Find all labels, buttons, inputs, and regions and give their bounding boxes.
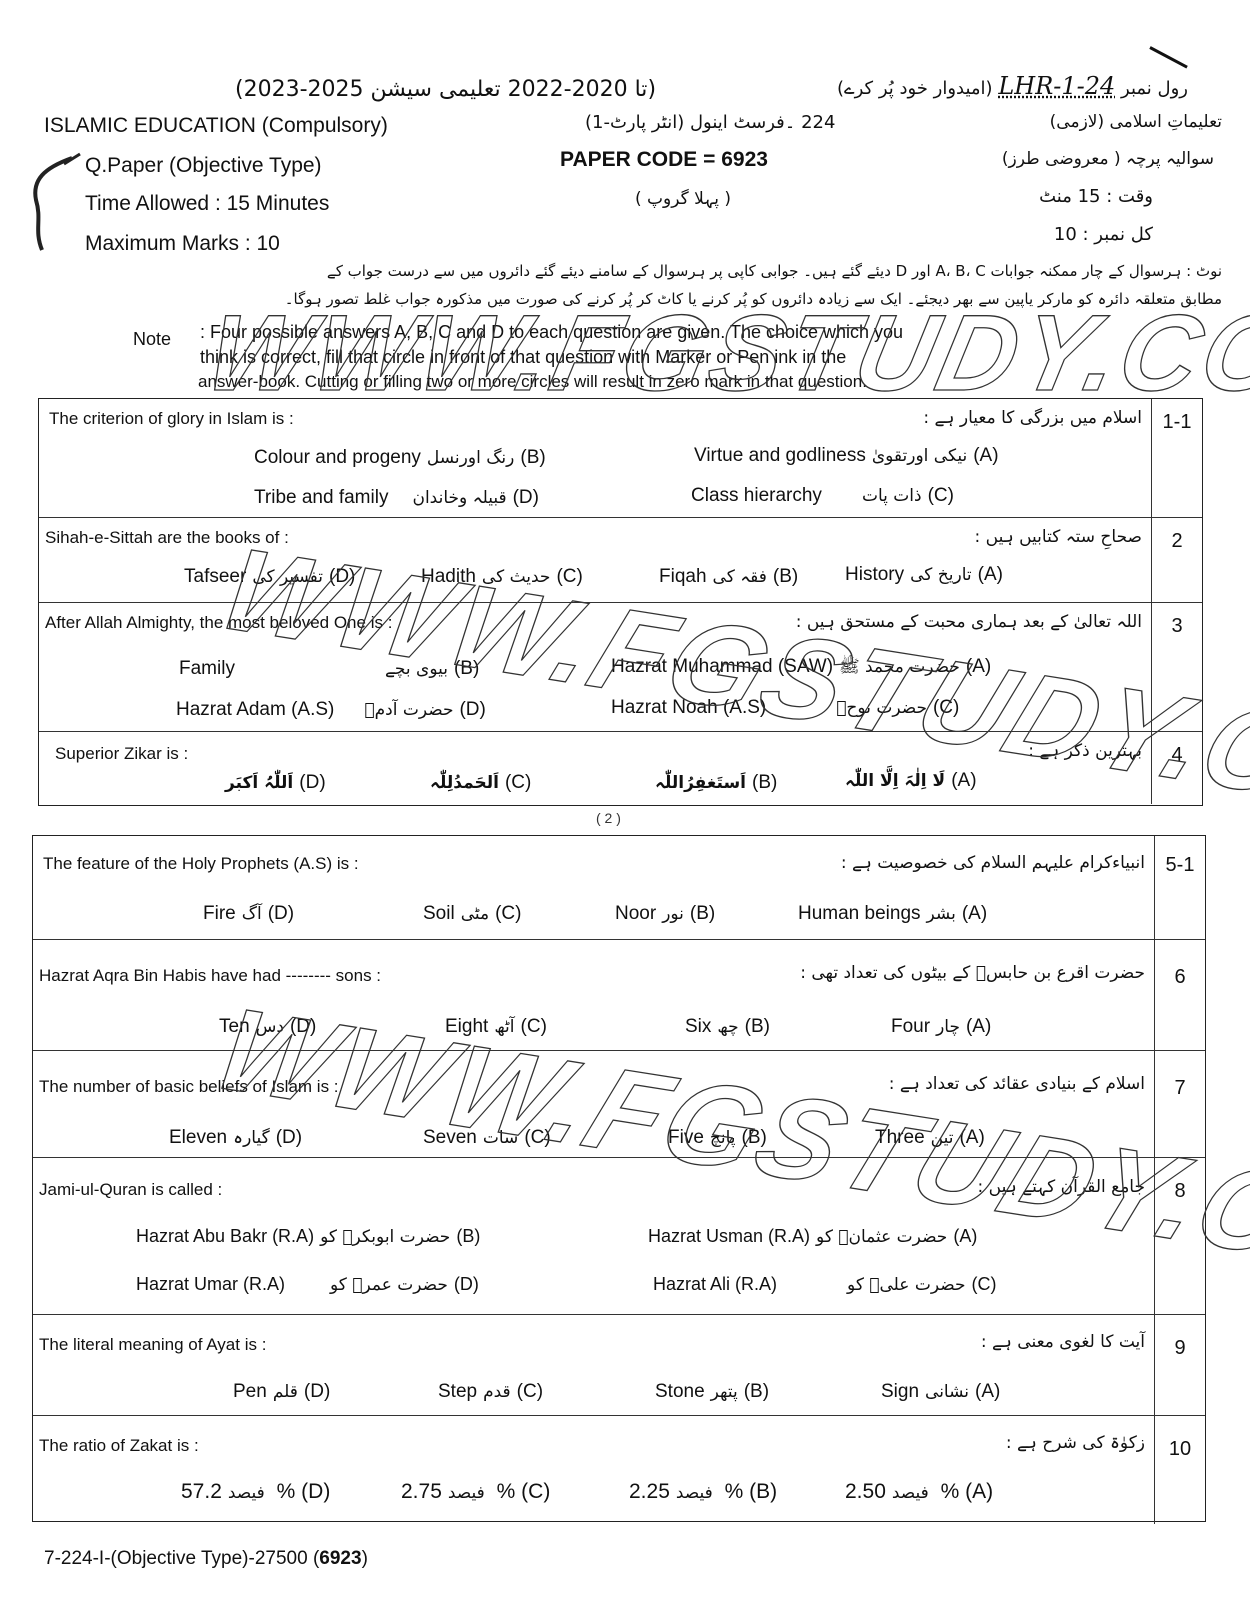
exam-title-ur: 224 ۔فرسٹ اینول (انٹر پارٹ-1): [585, 112, 835, 133]
question-text-en: Hazrat Aqra Bin Habis have had -------- …: [39, 966, 381, 986]
question-number: 6: [1154, 940, 1205, 1050]
question-text-en: The ratio of Zakat is :: [39, 1436, 199, 1456]
option-c: Sevenسات(C): [423, 1127, 551, 1149]
question-text-en: The criterion of glory in Islam is :: [49, 409, 294, 429]
pen-mark: [1149, 46, 1187, 68]
option-d: اَللّٰہُ اَکبَر(D): [219, 772, 326, 794]
question-text-en: The number of basic beliefs of Islam is …: [39, 1077, 339, 1097]
option-c: Eightآٹھ(C): [445, 1016, 547, 1038]
question-text-en: Superior Zikar is :: [55, 744, 188, 764]
option-a: Virtue and godlinessنیکی اورتقویٰ(A): [694, 445, 999, 467]
question-row: The feature of the Holy Prophets (A.S) i…: [33, 836, 1205, 940]
question-row: Superior Zikar is : بہترین ذکر ہے : 4 اَ…: [39, 732, 1202, 804]
session-years: (2023-2025 تا 2020-2022 تعلیمی سیشن): [235, 76, 656, 102]
option-a: Signنشانی(A): [881, 1381, 1000, 1403]
question-row: The criterion of glory in Islam is : اسل…: [39, 399, 1202, 518]
option-a: Hazrat Muhammad (SAW)حضرت محمد ﷺ(A): [611, 656, 991, 681]
question-number: 1-1: [1151, 399, 1202, 517]
session-line: (2023-2025 تا 2020-2022 تعلیمی سیشن): [235, 77, 656, 102]
option-a: Human beingsبشر(A): [798, 903, 987, 925]
option-c: اَلحَمدُلِلّٰہ(C): [424, 772, 531, 794]
question-number: 7: [1154, 1051, 1205, 1157]
option-c: Soilمٹی(C): [423, 903, 521, 925]
roll-number-value: LHR-1-24: [998, 72, 1115, 100]
option-d: Tenدس(D): [219, 1016, 316, 1038]
option-d: Hazrat Umar (R.A)حضرت عمرؓ کو(D): [136, 1274, 479, 1295]
option-b: اَستَغفِرُاللّٰہ(B): [649, 772, 777, 794]
option-b: Familyبیوی بچے(B): [179, 658, 479, 680]
option-a: لَا اِلٰہَ اِلَّا اللّٰہ(A): [839, 770, 977, 792]
question-number: 4: [1151, 732, 1202, 804]
option-b: Noorنور(B): [615, 903, 715, 925]
margin-scribble: [14, 150, 84, 260]
group-label: ( پہلا گروپ ): [635, 188, 731, 209]
question-text-ur: زکوٰۃ کی شرح ہے :: [1006, 1432, 1145, 1453]
option-b: Fiqahفقہ کی(B): [659, 566, 798, 588]
question-row: Hazrat Aqra Bin Habis have had -------- …: [33, 940, 1205, 1051]
option-d: Penقلم(D): [233, 1381, 330, 1403]
time-allowed-ur: وقت : 15 منٹ: [1039, 186, 1153, 207]
note-english-line-1: : Four possible answers A, B, C and D to…: [200, 320, 903, 345]
footer-code: 7-224-I-(Objective Type)-27500 (6923): [44, 1548, 368, 1570]
question-row: The ratio of Zakat is : زکوٰۃ کی شرح ہے …: [33, 1416, 1205, 1524]
question-text-ur: بہترین ذکر ہے :: [1028, 740, 1142, 761]
option-d: Tribe and familyقبیلہ وخاندان(D): [254, 487, 539, 509]
question-row: After Allah Almighty, the most beloved O…: [39, 603, 1202, 732]
question-table-page-2: The feature of the Holy Prophets (A.S) i…: [32, 835, 1206, 1522]
option-d: Fireآگ(D): [203, 903, 294, 925]
question-text-ur: انبیاءکرام علیہم السلام کی خصوصیت ہے :: [841, 852, 1145, 873]
roll-label: رول نمبر: [1121, 78, 1188, 99]
paper-type-ur: سوالیہ پرچہ ( معروضی طرز): [1002, 148, 1214, 169]
paper-type-en: Q.Paper (Objective Type): [85, 154, 322, 178]
option-c: فیصد2.75 % (C): [401, 1480, 550, 1504]
note-urdu-line-1: نوٹ : ہرسوال کے چار ممکنہ جوابات A، B، C…: [327, 262, 1222, 280]
roll-note: (امیدوار خود پُر کرے): [837, 78, 993, 99]
time-allowed-en: Time Allowed : 15 Minutes: [85, 192, 329, 216]
question-number: 5-1: [1154, 836, 1205, 939]
subject-title-ur: تعلیماتِ اسلامی (لازمی): [1050, 112, 1222, 132]
option-a: Threeتین(A): [875, 1127, 985, 1149]
option-b: Colour and progenyرنگ اورنسل(B): [254, 447, 546, 469]
option-a: Fourچار(A): [891, 1016, 991, 1038]
question-number: 10: [1154, 1416, 1205, 1524]
option-c: Stepقدم(C): [438, 1381, 543, 1403]
subject-title-en: ISLAMIC EDUCATION (Compulsory): [44, 114, 388, 138]
question-row: Jami-ul-Quran is called : جامع القرآن کہ…: [33, 1158, 1205, 1315]
note-label: Note: [133, 327, 171, 352]
option-c: Hadithحدیث کی(C): [421, 566, 583, 588]
option-a: Historyتاریخ کی(A): [845, 564, 1003, 586]
max-marks-ur: کل نمبر : 10: [1054, 224, 1153, 245]
page-marker: ( 2 ): [596, 810, 621, 826]
option-c: Class hierarchyذات پات(C): [691, 485, 954, 507]
question-row: Sihah-e-Sittah are the books of : صحاحِ …: [39, 518, 1202, 603]
question-number: 3: [1151, 603, 1202, 731]
question-text-ur: آیت کا لغوی معنی ہے :: [981, 1331, 1145, 1352]
option-b: Hazrat Abu Bakr (R.A)حضرت ابوبکرؓ کو(B): [136, 1226, 480, 1247]
question-text-en: Jami-ul-Quran is called :: [39, 1180, 222, 1200]
paper-code: PAPER CODE = 6923: [560, 148, 768, 172]
question-text-ur: اسلام میں بزرگی کا معیار ہے :: [923, 407, 1142, 428]
max-marks-en: Maximum Marks : 10: [85, 232, 280, 256]
question-number: 9: [1154, 1315, 1205, 1415]
option-d: Tafseerتفسیر کی(D): [184, 566, 355, 588]
option-c: Hazrat Ali (R.A)حضرت علیؓ کو(C): [653, 1274, 997, 1295]
option-a: Hazrat Usman (R.A)حضرت عثمانؓ کو(A): [648, 1226, 977, 1247]
option-b: Sixچھ(B): [685, 1016, 770, 1038]
option-d: Elevenگیارہ(D): [169, 1127, 302, 1149]
roll-number-field: رول نمبر LHR-1-24 (امیدوار خود پُر کرے): [837, 72, 1188, 100]
option-b: Fiveپانچ(B): [668, 1127, 767, 1149]
question-text-ur: حضرت اقرع بن حابسؓ کے بیٹوں کی تعداد تھی…: [800, 962, 1145, 983]
option-a: فیصد2.50 % (A): [845, 1480, 993, 1504]
question-text-ur: اللہ تعالیٰ کے بعد ہماری محبت کے مستحق ہ…: [796, 611, 1142, 632]
question-row: The literal meaning of Ayat is : آیت کا …: [33, 1315, 1205, 1416]
question-text-en: The feature of the Holy Prophets (A.S) i…: [43, 854, 359, 874]
question-text-ur: صحاحِ ستہ کتابیں ہیں :: [975, 526, 1142, 547]
option-b: Stoneپتھر(B): [655, 1381, 769, 1403]
option-d: Hazrat Adam (A.S)حضرت آدمؑ(D): [176, 699, 486, 721]
question-text-en: After Allah Almighty, the most beloved O…: [45, 613, 392, 633]
option-b: فیصد2.25 % (B): [629, 1480, 777, 1504]
note-english-line-2: think is correct, fill that circle in fr…: [200, 345, 846, 370]
question-number: 2: [1151, 518, 1202, 602]
question-number: 8: [1154, 1158, 1205, 1314]
question-text-en: The literal meaning of Ayat is :: [39, 1335, 266, 1355]
question-row: The number of basic beliefs of Islam is …: [33, 1051, 1205, 1158]
note-urdu-line-2: مطابق متعلقہ دائرہ کو مارکر یاپین سے بھر…: [285, 290, 1222, 308]
question-text-ur: اسلام کے بنیادی عقائد کی تعداد ہے :: [889, 1073, 1145, 1094]
question-text-ur: جامع القرآن کہتے ہیں :: [978, 1176, 1145, 1197]
note-english-line-3: answer-book. Cutting or filling two or m…: [198, 369, 867, 394]
option-d: فیصد57.2 % (D): [181, 1480, 330, 1504]
question-text-en: Sihah-e-Sittah are the books of :: [45, 528, 289, 548]
option-c: Hazrat Noah (A.S)حضرت نوحؑ(C): [611, 697, 959, 719]
question-table-page-1: The criterion of glory in Islam is : اسل…: [38, 398, 1203, 806]
